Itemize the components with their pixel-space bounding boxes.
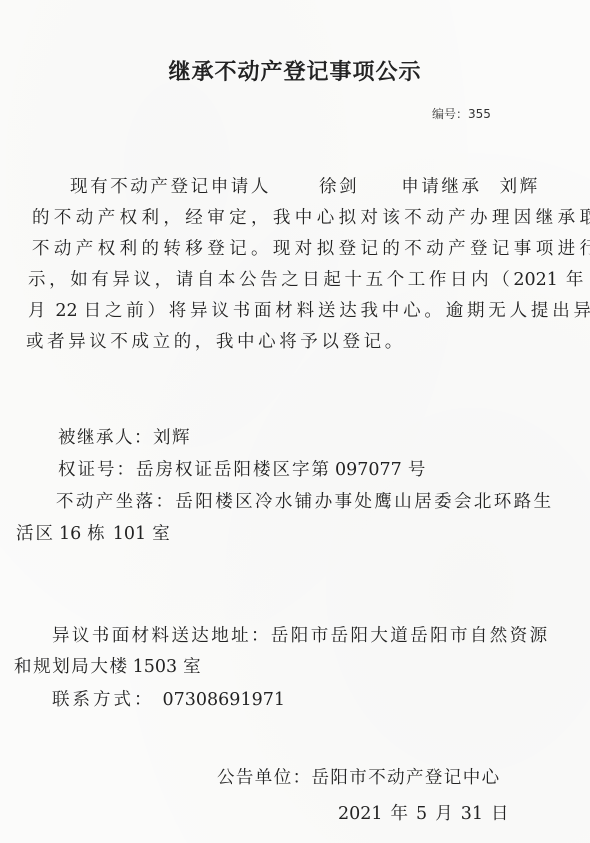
location-value-line2: 活区 — [16, 524, 55, 544]
submission-address-continued: 和规划局大楼1503室 — [14, 653, 202, 678]
body-text: 示，如有异议，请自本公告之日起十五个工作日内（ — [28, 270, 513, 290]
submission-address-row: 异议书面材料送达地址：岳阳市岳阳大道岳阳市自然资源 — [52, 622, 550, 647]
serial-number: 编号：355 — [432, 105, 491, 122]
location-row: 不动产坐落：岳阳楼区冷水铺办事处鹰山居委会北环路生 — [56, 488, 554, 513]
decedent-row: 被继承人：刘辉 — [58, 424, 191, 449]
location-label: 不动产坐落： — [56, 492, 175, 512]
contact-row: 联系方式：07308691971 — [52, 686, 285, 711]
room-number: 101 — [113, 524, 146, 544]
applicant-name: 徐剑 — [319, 177, 359, 197]
body-line-5: 月22日之前）将异议书面材料送达我中心。逾期无人提出异议 — [28, 297, 590, 322]
body-line-6: 或者异议不成立的，我中心将予以登记。 — [26, 328, 406, 353]
body-line-1: 现有不动产登记申请人徐剑申请继承刘辉 — [70, 173, 540, 198]
document-title: 继承不动产登记事项公示 — [0, 55, 590, 86]
body-text: 月 — [28, 301, 49, 321]
date-month: 5 — [416, 804, 427, 824]
address-room-number: 1503 — [133, 657, 178, 677]
location-value-line1: 岳阳楼区冷水铺办事处鹰山居委会北环路生 — [175, 492, 553, 512]
serial-label: 编号： — [432, 107, 468, 121]
body-line-4: 示，如有异议，请自本公告之日起十五个工作日内（2021年6 — [28, 266, 590, 291]
deadline-day: 22 — [55, 301, 77, 321]
date-day: 31 — [461, 804, 483, 824]
body-text: 栋 — [87, 524, 107, 544]
address-value-line2: 和规划局大楼 — [14, 657, 129, 677]
body-text: 月 — [435, 804, 453, 824]
decedent-name-inline: 刘辉 — [500, 177, 540, 197]
certificate-label: 权证号： — [58, 460, 136, 480]
document-page: 继承不动产登记事项公示 编号：355 现有不动产登记申请人徐剑申请继承刘辉 的不… — [0, 0, 590, 843]
address-value-line1: 岳阳市岳阳大道岳阳市自然资源 — [271, 626, 550, 646]
issue-date: 2021年5月31日 — [338, 800, 508, 825]
body-text: 室 — [183, 657, 202, 677]
body-text: 年 — [566, 270, 587, 290]
body-line-2: 的不动产权利，经审定，我中心拟对该不动产办理因继承取得 — [32, 204, 590, 229]
deadline-year: 2021 — [513, 270, 558, 290]
body-text: 日 — [491, 804, 509, 824]
date-year: 2021 — [338, 804, 383, 824]
issuer-value: 岳阳市不动产登记中心 — [312, 768, 501, 788]
body-text: 申请继承 — [401, 177, 481, 197]
certificate-prefix: 岳房权证岳阳楼区字第 — [136, 460, 331, 480]
certificate-suffix: 号 — [408, 460, 428, 480]
body-text: 现有不动产登记申请人 — [70, 177, 271, 197]
body-text: 年 — [391, 804, 409, 824]
address-label: 异议书面材料送达地址： — [52, 626, 271, 646]
building-number: 16 — [59, 524, 81, 544]
decedent-value: 刘辉 — [153, 428, 191, 448]
contact-label: 联系方式： — [52, 690, 155, 710]
issuer-row: 公告单位：岳阳市不动产登记中心 — [217, 764, 501, 789]
certificate-row: 权证号：岳房权证岳阳楼区字第097077号 — [58, 456, 427, 481]
issuer-label: 公告单位： — [217, 768, 312, 788]
location-row-continued: 活区16栋101室 — [16, 520, 172, 545]
contact-phone: 07308691971 — [163, 690, 285, 710]
serial-value: 355 — [468, 107, 491, 121]
body-text: 室 — [152, 524, 172, 544]
decedent-label: 被继承人： — [58, 428, 153, 448]
body-line-3: 不动产权利的转移登记。现对拟登记的不动产登记事项进行公 — [32, 235, 590, 260]
certificate-number: 097077 — [335, 460, 402, 480]
body-text: 日之前）将异议书面材料送达我中心。逾期无人提出异议 — [84, 301, 590, 321]
